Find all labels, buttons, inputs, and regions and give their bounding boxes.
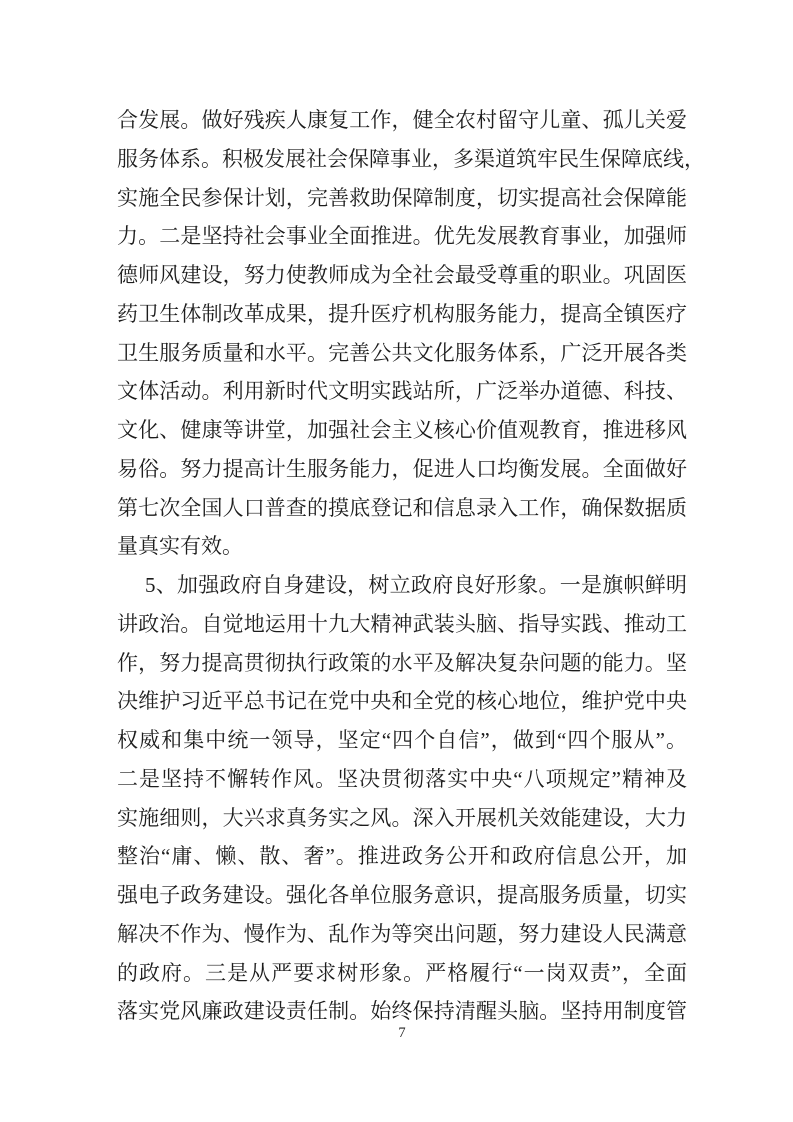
text-line: 作，努力提高贯彻执行政策的水平及解决复杂问题的能力。坚	[117, 644, 687, 683]
text-line: 决维护习近平总书记在党中央和全党的核心地位，维护党中央	[117, 682, 687, 721]
text-line: 实施全民参保计划，完善救助保障制度，切实提高社会保障能	[117, 179, 687, 218]
text-line-paragraph-end: 量真实有效。	[117, 527, 687, 566]
text-line: 合发展。做好残疾人康复工作，健全农村留守儿童、孤儿关爱	[117, 101, 687, 140]
text-line: 服务体系。积极发展社会保障事业，多渠道筑牢民生保障底线，	[117, 140, 687, 179]
text-line: 强电子政务建设。强化各单位服务意识，提高服务质量，切实	[117, 876, 687, 915]
text-line: 易俗。努力提高计生服务能力，促进人口均衡发展。全面做好	[117, 450, 687, 489]
text-line-paragraph-start: 5、加强政府自身建设，树立政府良好形象。一是旗帜鲜明	[117, 566, 687, 605]
text-line: 解决不作为、慢作为、乱作为等突出问题，努力建设人民满意	[117, 915, 687, 954]
text-line: 第七次全国人口普查的摸底登记和信息录入工作，确保数据质	[117, 489, 687, 528]
text-line: 力。二是坚持社会事业全面推进。优先发展教育事业，加强师	[117, 217, 687, 256]
text-line: 二是坚持不懈转作风。坚决贯彻落实中央“八项规定”精神及	[117, 760, 687, 799]
document-page: 合发展。做好残疾人康复工作，健全农村留守儿童、孤儿关爱 服务体系。积极发展社会保…	[0, 0, 793, 1122]
text-line: 文化、健康等讲堂，加强社会主义核心价值观教育，推进移风	[117, 411, 687, 450]
text-line: 德师风建设，努力使教师成为全社会最受尊重的职业。巩固医	[117, 256, 687, 295]
text-line: 卫生服务质量和水平。完善公共文化服务体系，广泛开展各类	[117, 334, 687, 373]
text-line: 实施细则，大兴求真务实之风。深入开展机关效能建设，大力	[117, 799, 687, 838]
text-line: 权威和集中统一领导，坚定“四个自信”，做到“四个服从”。	[117, 721, 687, 760]
text-line: 药卫生体制改革成果，提升医疗机构服务能力，提高全镇医疗	[117, 295, 687, 334]
page-number: 7	[117, 1022, 687, 1044]
text-line: 文体活动。利用新时代文明实践站所，广泛举办道德、科技、	[117, 372, 687, 411]
text-line: 的政府。三是从严要求树形象。严格履行“一岗双责”，全面	[117, 954, 687, 993]
text-line: 讲政治。自觉地运用十九大精神武装头脑、指导实践、推动工	[117, 605, 687, 644]
document-body: 合发展。做好残疾人康复工作，健全农村留守儿童、孤儿关爱 服务体系。积极发展社会保…	[117, 101, 687, 1031]
text-line: 整治“庸、懒、散、奢”。推进政务公开和政府信息公开，加	[117, 837, 687, 876]
